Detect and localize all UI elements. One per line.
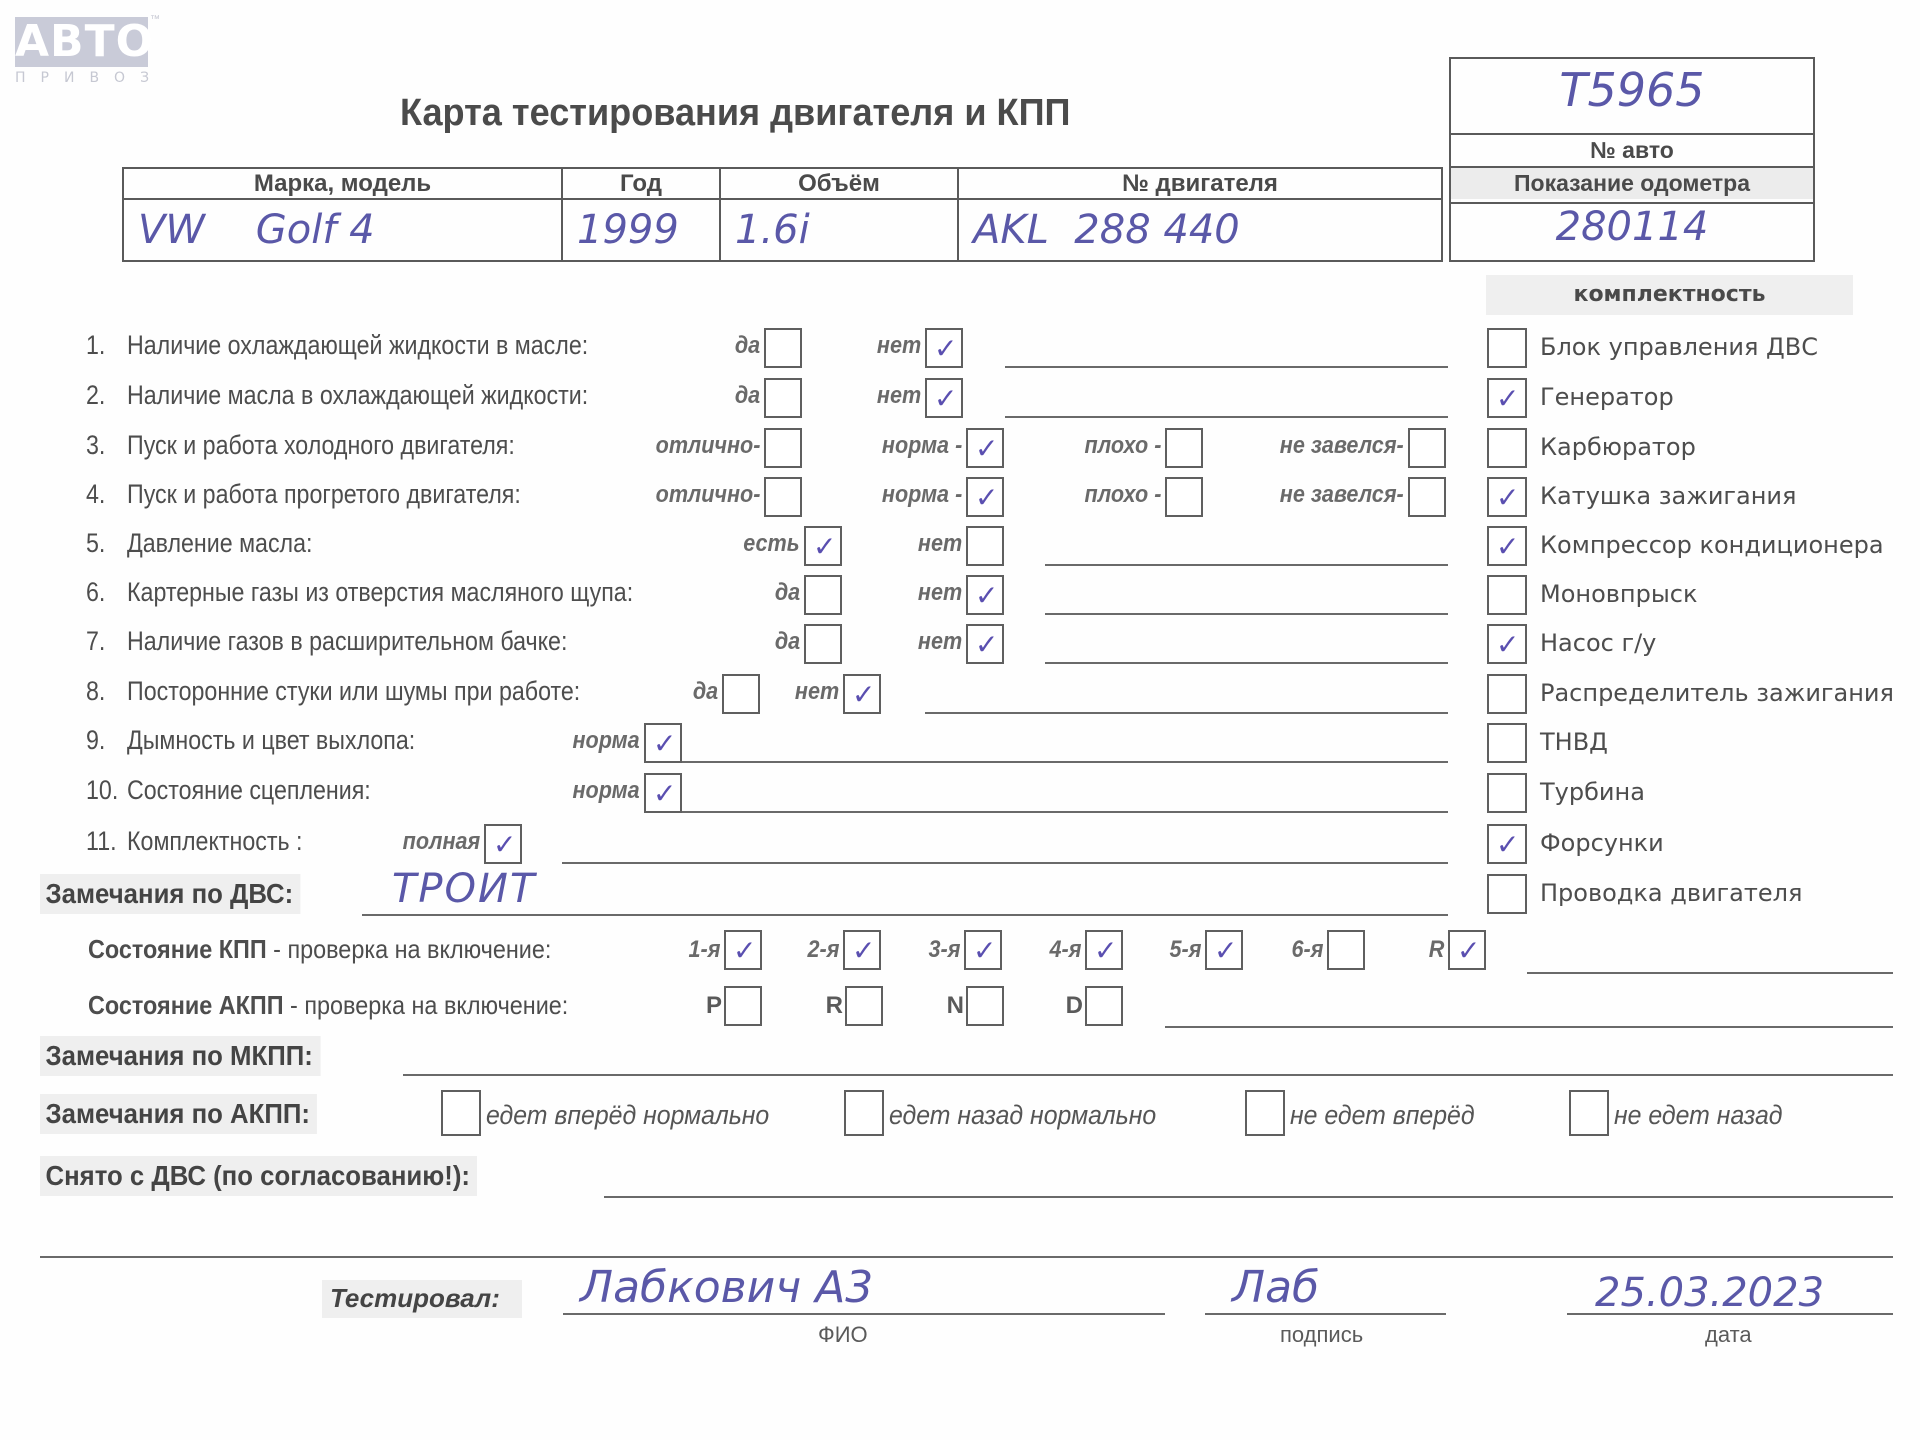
akpp-gear-label: D	[1066, 992, 1083, 1020]
date-caption: дата	[1705, 1322, 1752, 1348]
check-label: Пуск и работа прогретого двигателя:	[127, 479, 521, 510]
option-checkbox[interactable]: ✓	[843, 674, 881, 714]
logo-subtitle: ПРИВОЗ	[15, 70, 155, 86]
option-label: отлично-	[655, 432, 760, 460]
signature-value[interactable]: Лаб	[1232, 1262, 1319, 1313]
akpp-gear-checkbox[interactable]	[966, 986, 1004, 1026]
check-mark-icon: ✓	[934, 332, 957, 366]
auto-gearbox-label: Состояние АКПП - проверка на включение:	[88, 990, 568, 1021]
name-line	[563, 1313, 1165, 1315]
gear-label: R	[1428, 936, 1444, 964]
check-mark-icon: ✓	[975, 481, 998, 515]
option-label: плохо -	[1084, 481, 1161, 509]
header-make-model: Марка, модель	[123, 168, 562, 199]
manual-gearbox-line	[1527, 972, 1893, 974]
check-label: Состояние сцепления:	[127, 775, 371, 806]
check-mark-icon: ✓	[1496, 530, 1519, 564]
engine-remarks-value[interactable]: ТРОИТ	[392, 866, 536, 912]
manual-gearbox-label: Состояние КПП - проверка на включение:	[88, 934, 551, 965]
engine-remarks-line	[362, 914, 1448, 916]
manual-remarks-line[interactable]	[403, 1074, 1893, 1076]
signature-line	[1205, 1313, 1446, 1315]
akpp-remark-checkbox[interactable]	[1245, 1090, 1285, 1136]
option-checkbox[interactable]	[1408, 428, 1446, 468]
akpp-remark-label: не едет назад	[1614, 1100, 1783, 1131]
check-number: 10.	[86, 775, 118, 806]
option-label: да	[735, 382, 760, 410]
check-mark-icon: ✓	[1496, 382, 1519, 416]
completeness-label: Генератор	[1540, 383, 1674, 411]
check-mark-icon: ✓	[813, 530, 836, 564]
check-label: Наличие масла в охлаждающей жидкости:	[127, 380, 588, 411]
option-checkbox[interactable]: ✓	[966, 428, 1004, 468]
completeness-label: Турбина	[1540, 778, 1645, 806]
check-label: Посторонние стуки или шумы при работе:	[127, 676, 580, 707]
date-line	[1567, 1313, 1893, 1315]
option-checkbox[interactable]: ✓	[644, 773, 682, 813]
header-volume: Объём	[720, 168, 958, 199]
option-label: не завелся-	[1280, 481, 1404, 509]
gear-label: 2-я	[807, 936, 839, 964]
option-checkbox[interactable]	[1408, 477, 1446, 517]
gear-checkbox[interactable]: ✓	[964, 930, 1002, 970]
completeness-label: Проводка двигателя	[1540, 879, 1802, 907]
akpp-gear-checkbox[interactable]	[724, 986, 762, 1026]
auto-number-label: № авто	[1451, 133, 1813, 166]
check-mark-icon: ✓	[973, 934, 996, 968]
auto-number-value[interactable]: T5965	[1451, 63, 1813, 133]
check-mark-icon: ✓	[852, 934, 875, 968]
separator	[40, 1256, 1893, 1258]
completeness-checkbox[interactable]	[1487, 723, 1527, 763]
vehicle-table: Марка, модель Год Объём № двигателя VW G…	[122, 167, 1443, 262]
check-label: Наличие охлаждающей жидкости в масле:	[127, 330, 588, 361]
completeness-checkbox[interactable]: ✓	[1487, 624, 1527, 664]
check-mark-icon: ✓	[653, 727, 676, 761]
option-label: нет	[918, 628, 962, 656]
completeness-label: Блок управления ДВС	[1540, 333, 1818, 361]
date-value[interactable]: 25.03.2023	[1595, 1270, 1824, 1316]
option-label: да	[693, 678, 718, 706]
option-checkbox[interactable]: ✓	[925, 328, 963, 368]
check-mark-icon: ✓	[1094, 934, 1117, 968]
option-checkbox[interactable]: ✓	[484, 824, 522, 864]
removed-label: Снято с ДВС (по согласованию!):	[40, 1156, 477, 1196]
tester-name-value[interactable]: Лабкович А3	[580, 1262, 873, 1313]
check-number: 8.	[86, 676, 105, 707]
option-label: нет	[877, 332, 921, 360]
gear-checkbox[interactable]	[1327, 930, 1365, 970]
check-number: 9.	[86, 725, 105, 756]
gear-label: 4-я	[1049, 936, 1081, 964]
option-label: не завелся-	[1280, 432, 1404, 460]
check-mark-icon: ✓	[975, 628, 998, 662]
akpp-remark-label: едет назад нормально	[889, 1100, 1156, 1131]
check-mark-icon: ✓	[852, 678, 875, 712]
completeness-checkbox[interactable]: ✓	[1487, 526, 1527, 566]
gear-label: 1-я	[688, 936, 720, 964]
engine-number-value[interactable]: AKL 288 440	[958, 199, 1442, 261]
option-label: норма -	[882, 481, 962, 509]
manual-remarks-label: Замечания по МКПП:	[40, 1036, 320, 1076]
gear-label: 6-я	[1291, 936, 1323, 964]
akpp-gear-label: R	[826, 992, 843, 1020]
option-checkbox[interactable]	[804, 575, 842, 615]
option-checkbox[interactable]: ✓	[966, 477, 1004, 517]
gear-checkbox[interactable]: ✓	[1085, 930, 1123, 970]
check-label: Наличие газов в расширительном бачке:	[127, 626, 567, 657]
option-checkbox[interactable]: ✓	[966, 624, 1004, 664]
completeness-label: Распределитель зажигания	[1540, 679, 1894, 707]
completeness-checkbox[interactable]	[1487, 773, 1527, 813]
akpp-remark-label: едет вперёд нормально	[486, 1100, 769, 1131]
gear-checkbox[interactable]: ✓	[1448, 930, 1486, 970]
removed-line[interactable]	[604, 1196, 1893, 1198]
tested-label: Тестировал:	[330, 1283, 500, 1314]
completeness-checkbox[interactable]	[1487, 328, 1527, 368]
gear-checkbox[interactable]: ✓	[724, 930, 762, 970]
check-mark-icon: ✓	[975, 432, 998, 466]
gear-checkbox[interactable]: ✓	[1205, 930, 1243, 970]
completeness-checkbox[interactable]: ✓	[1487, 477, 1527, 517]
completeness-label: Компрессор кондиционера	[1540, 531, 1884, 559]
akpp-gear-checkbox[interactable]	[1085, 986, 1123, 1026]
check-mark-icon: ✓	[733, 934, 756, 968]
check-number: 7.	[86, 626, 105, 657]
option-label: нет	[918, 579, 962, 607]
option-checkbox[interactable]	[804, 624, 842, 664]
option-label: нет	[918, 530, 962, 558]
option-checkbox[interactable]	[966, 526, 1004, 566]
make-model-value[interactable]: VW Golf 4	[123, 199, 562, 261]
completeness-label: ТНВД	[1540, 728, 1608, 756]
option-label: норма	[573, 777, 640, 805]
akpp-gear-label: N	[947, 992, 964, 1020]
akpp-remark-checkbox[interactable]	[1569, 1090, 1609, 1136]
completeness-checkbox[interactable]	[1487, 428, 1527, 468]
check-mark-icon: ✓	[1457, 934, 1480, 968]
option-checkbox[interactable]	[764, 328, 802, 368]
check-label: Пуск и работа холодного двигателя:	[127, 430, 515, 461]
auto-number-box: T5965 № авто Показание одометра 280114	[1449, 57, 1815, 262]
name-caption: ФИО	[818, 1322, 868, 1348]
completeness-checkbox[interactable]	[1487, 674, 1527, 714]
year-value[interactable]: 1999	[562, 199, 720, 261]
remark-line[interactable]	[1005, 366, 1448, 368]
remark-line[interactable]	[562, 862, 1448, 864]
check-mark-icon: ✓	[1496, 481, 1519, 515]
odometer-value[interactable]: 280114	[1451, 202, 1813, 262]
option-checkbox[interactable]	[1165, 477, 1203, 517]
gear-label: 5-я	[1169, 936, 1201, 964]
check-number: 3.	[86, 430, 105, 461]
signature-caption: подпись	[1280, 1322, 1363, 1348]
auto-remarks-label: Замечания по АКПП:	[40, 1094, 317, 1134]
check-label: Картерные газы из отверстия масляного щу…	[127, 577, 633, 608]
completeness-label: Форсунки	[1540, 829, 1664, 857]
gear-checkbox[interactable]: ✓	[843, 930, 881, 970]
completeness-label: Катушка зажигания	[1540, 482, 1796, 510]
option-label: да	[775, 628, 800, 656]
completeness-label: Карбюратор	[1540, 433, 1696, 461]
check-number: 4.	[86, 479, 105, 510]
akpp-gear-label: P	[706, 992, 722, 1020]
check-label: Давление масла:	[127, 528, 312, 559]
option-checkbox[interactable]: ✓	[925, 378, 963, 418]
check-number: 11.	[86, 826, 117, 857]
akpp-remark-label: не едет вперёд	[1290, 1100, 1475, 1131]
option-label: да	[775, 579, 800, 607]
check-mark-icon: ✓	[975, 579, 998, 613]
option-checkbox[interactable]	[764, 428, 802, 468]
check-mark-icon: ✓	[1496, 628, 1519, 662]
remark-line[interactable]	[1005, 416, 1448, 418]
remark-line[interactable]	[682, 761, 1448, 763]
completeness-checkbox[interactable]	[1487, 575, 1527, 615]
check-mark-icon: ✓	[934, 382, 957, 416]
check-label: Комплектность :	[127, 826, 302, 857]
check-mark-icon: ✓	[1214, 934, 1237, 968]
option-label: нет	[795, 678, 839, 706]
remark-line[interactable]	[925, 712, 1448, 714]
option-label: есть	[744, 530, 800, 558]
option-label: отлично-	[655, 481, 760, 509]
remark-line[interactable]	[1045, 613, 1448, 615]
check-number: 2.	[86, 380, 105, 411]
option-checkbox[interactable]: ✓	[804, 526, 842, 566]
option-checkbox[interactable]	[1165, 428, 1203, 468]
check-number: 6.	[86, 577, 105, 608]
completeness-title: комплектность	[1486, 275, 1853, 315]
odometer-label: Показание одометра	[1451, 166, 1813, 199]
option-label: да	[735, 332, 760, 360]
trademark: ™	[150, 14, 160, 25]
remark-line[interactable]	[1045, 564, 1448, 566]
completeness-checkbox[interactable]: ✓	[1487, 824, 1527, 864]
completeness-label: Насос г/у	[1540, 629, 1656, 657]
option-checkbox[interactable]	[722, 674, 760, 714]
check-mark-icon: ✓	[1496, 828, 1519, 862]
akpp-remark-checkbox[interactable]	[441, 1090, 481, 1136]
option-label: плохо -	[1084, 432, 1161, 460]
option-label: норма -	[882, 432, 962, 460]
check-mark-icon: ✓	[493, 828, 516, 862]
logo: АВТО	[15, 17, 148, 67]
option-label: норма	[573, 727, 640, 755]
engine-remarks-label: Замечания по ДВС:	[40, 874, 301, 914]
check-mark-icon: ✓	[653, 777, 676, 811]
gear-label: 3-я	[928, 936, 960, 964]
header-engine-number: № двигателя	[958, 168, 1442, 199]
akpp-remark-checkbox[interactable]	[844, 1090, 884, 1136]
page-title: Карта тестирования двигателя и КПП	[400, 92, 1070, 135]
check-number: 1.	[86, 330, 105, 361]
option-checkbox[interactable]: ✓	[966, 575, 1004, 615]
auto-gearbox-line	[1165, 1026, 1893, 1028]
option-checkbox[interactable]: ✓	[644, 723, 682, 763]
completeness-checkbox[interactable]	[1487, 874, 1527, 914]
completeness-label: Моновпрыск	[1540, 580, 1697, 608]
volume-value[interactable]: 1.6i	[720, 199, 958, 261]
check-label: Дымность и цвет выхлопа:	[127, 725, 415, 756]
remark-line[interactable]	[682, 811, 1448, 813]
option-checkbox[interactable]	[764, 477, 802, 517]
completeness-checkbox[interactable]: ✓	[1487, 378, 1527, 418]
option-checkbox[interactable]	[764, 378, 802, 418]
check-number: 5.	[86, 528, 105, 559]
option-label: полная	[402, 828, 480, 856]
akpp-gear-checkbox[interactable]	[845, 986, 883, 1026]
option-label: нет	[877, 382, 921, 410]
remark-line[interactable]	[1045, 662, 1448, 664]
header-year: Год	[562, 168, 720, 199]
